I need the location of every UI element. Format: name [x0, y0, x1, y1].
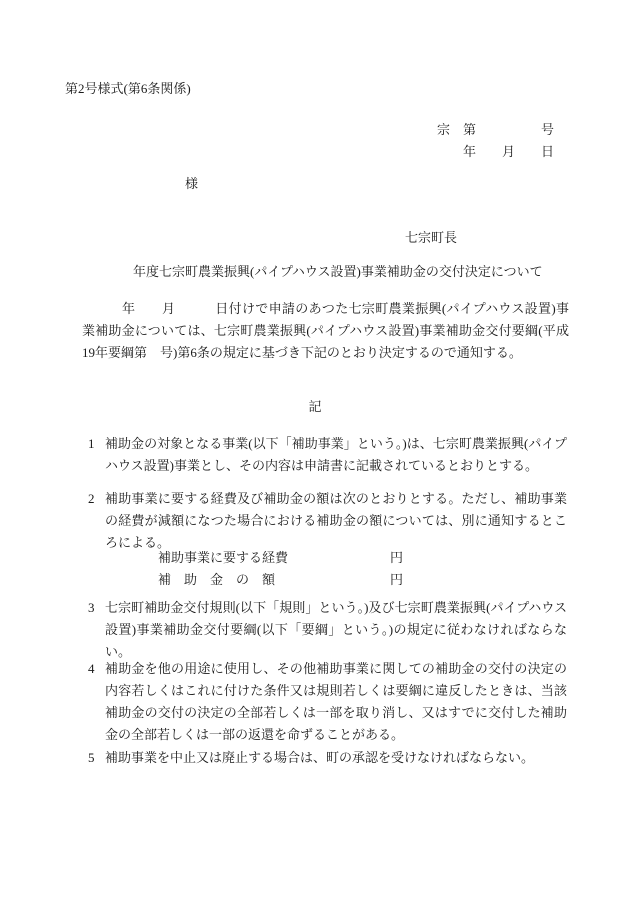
- item-text: 補助金を他の用途に使用し、その他補助事業に関しての補助金の交付の決定の内容若しく…: [105, 658, 567, 746]
- amount-label: 補 助 金 の 額: [158, 569, 390, 591]
- list-item-3: 3 七宗町補助金交付規則(以下「規則」という。)及び七宗町農業振興(パイプハウス…: [88, 597, 567, 663]
- amount-unit: 円: [390, 569, 403, 591]
- item-number: 5: [88, 747, 105, 769]
- date-line: 年 月 日: [437, 141, 554, 163]
- list-item-5: 5 補助事業を中止又は廃止する場合は、町の承認を受けなければならない。: [88, 747, 567, 769]
- item-text: 七宗町補助金交付規則(以下「規則」という。)及び七宗町農業振興(パイプハウス設置…: [105, 597, 567, 663]
- document-number-block: 宗 第 号 年 月 日: [437, 119, 554, 163]
- item-text: 補助金の対象となる事業(以下「補助事業」という。)は、七宗町農業振興(パイプハウ…: [105, 433, 567, 477]
- item-number: 1: [88, 433, 105, 477]
- addressee-honorific: 様: [185, 173, 198, 195]
- document-page: 第2号様式(第6条関係) 宗 第 号 年 月 日 様 七宗町長 年度七宗町農業振…: [0, 0, 630, 903]
- subject-title: 年度七宗町農業振興(パイプハウス設置)事業補助金の交付決定について: [133, 261, 543, 283]
- amount-row-subsidy: 補 助 金 の 額 円: [158, 569, 403, 591]
- amount-row-expense: 補助事業に要する経費 円: [158, 547, 403, 569]
- list-marker-ki: 記: [0, 396, 630, 418]
- list-item-1: 1 補助金の対象となる事業(以下「補助事業」という。)は、七宗町農業振興(パイプ…: [88, 433, 567, 477]
- amount-table: 補助事業に要する経費 円 補 助 金 の 額 円: [158, 547, 403, 591]
- document-number-line: 宗 第 号: [437, 119, 554, 141]
- list-item-2: 2 補助事業に要する経費及び補助金の額は次のとおりとする。ただし、補助事業の経費…: [88, 488, 567, 554]
- item-number: 2: [88, 488, 105, 554]
- amount-label: 補助事業に要する経費: [158, 547, 390, 569]
- body-paragraph: 年 月 日付けで申請のあつた七宗町農業振興(パイプハウス設置)事業補助金について…: [82, 298, 569, 364]
- form-number: 第2号様式(第6条関係): [65, 78, 191, 100]
- item-number: 4: [88, 658, 105, 746]
- sender-title: 七宗町長: [405, 227, 457, 249]
- item-number: 3: [88, 597, 105, 663]
- list-item-4: 4 補助金を他の用途に使用し、その他補助事業に関しての補助金の交付の決定の内容若…: [88, 658, 567, 746]
- amount-unit: 円: [390, 547, 403, 569]
- item-text: 補助事業に要する経費及び補助金の額は次のとおりとする。ただし、補助事業の経費が減…: [105, 488, 567, 554]
- item-text: 補助事業を中止又は廃止する場合は、町の承認を受けなければならない。: [105, 747, 567, 769]
